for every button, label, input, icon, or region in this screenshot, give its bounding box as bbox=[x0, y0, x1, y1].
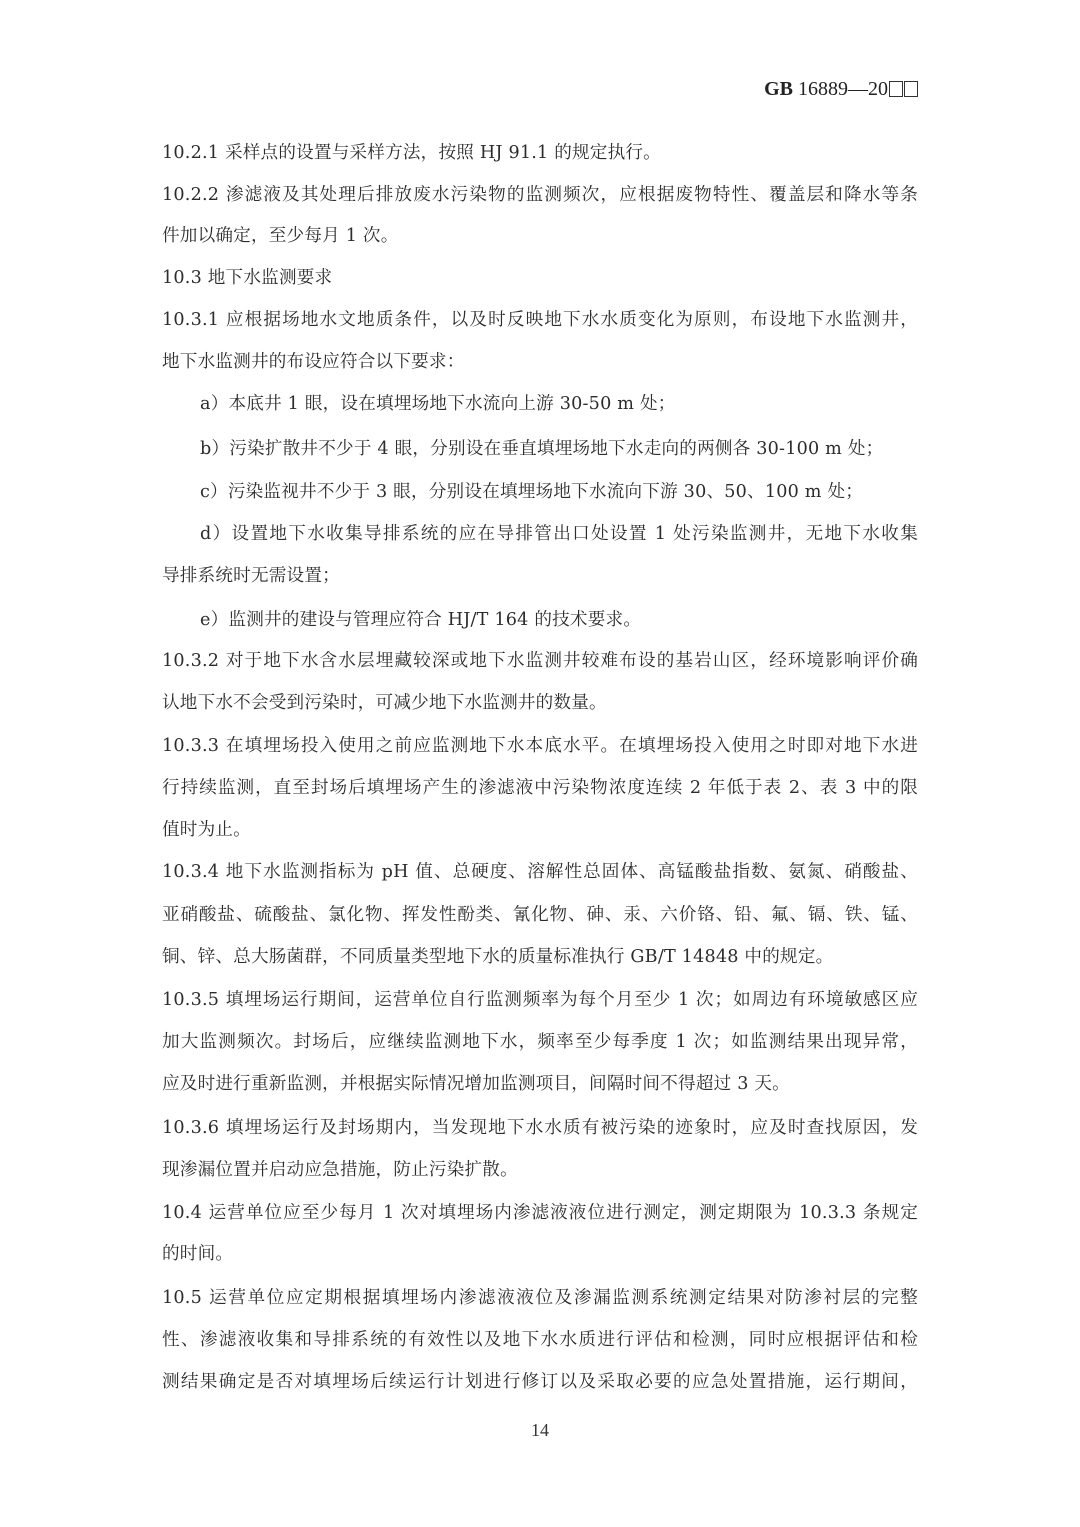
clause-10-3-4-line: 10.3.4 地下水监测指标为 pH 值、总硬度、溶解性总固体、高锰酸盐指数、氨… bbox=[162, 861, 918, 883]
clause-10-3-2-line: 10.3.2 对于地下水含水层埋藏较深或地下水监测井较难布设的基岩山区，经环境影… bbox=[162, 650, 918, 672]
list-item-b: b）污染扩散井不少于 4 眼，分别设在垂直填埋场地下水走向的两侧各 30-100… bbox=[200, 438, 918, 460]
list-item-d: d）设置地下水收集导排系统的应在导排管出口处设置 1 处污染监测井，无地下水收集 bbox=[200, 523, 918, 545]
clause-10-3-6-line: 现渗漏位置并启动应急措施，防止污染扩散。 bbox=[162, 1159, 918, 1181]
standard-number: 16889—20 bbox=[798, 78, 888, 100]
clause-10-3-2-line: 认地下水不会受到污染时，可减少地下水监测井的数量。 bbox=[162, 692, 918, 714]
clause-10-5-line: 性、渗滤液收集和导排系统的有效性以及地下水水质进行评估和检测，同时应根据评估和检 bbox=[162, 1329, 918, 1351]
clause-10-2-2-line: 10.2.2 渗滤液及其处理后排放废水污染物的监测频次，应根据废物特性、覆盖层和… bbox=[162, 184, 918, 206]
clause-10-3-3-line: 值时为止。 bbox=[162, 819, 918, 841]
list-item-e: e）监测井的建设与管理应符合 HJ/T 164 的技术要求。 bbox=[200, 609, 918, 631]
clause-10-5-line: 测结果确定是否对填埋场后续运行计划进行修订以及采取必要的应急处置措施，运行期间， bbox=[162, 1371, 918, 1393]
list-item-a: a）本底井 1 眼，设在填埋场地下水流向上游 30-50 m 处； bbox=[200, 393, 918, 415]
clause-10-3-4-line: 铜、锌、总大肠菌群，不同质量类型地下水的质量标准执行 GB/T 14848 中的… bbox=[162, 946, 918, 968]
clause-10-3-3-line: 行持续监测，直至封场后填埋场产生的渗滤液中污染物浓度连续 2 年低于表 2、表 … bbox=[162, 777, 918, 799]
clause-10-4-line: 10.4 运营单位应至少每月 1 次对填埋场内渗滤液液位进行测定，测定期限为 1… bbox=[162, 1202, 918, 1224]
clause-10-3-3-line: 10.3.3 在填埋场投入使用之前应监测地下水本底水平。在填埋场投入使用之时即对… bbox=[162, 735, 918, 757]
standard-header: GB 16889—20 bbox=[764, 78, 918, 101]
clause-10-3-6-line: 10.3.6 填埋场运行及封场期内，当发现地下水水质有被污染的迹象时，应及时查找… bbox=[162, 1117, 918, 1139]
list-item-c: c）污染监视井不少于 3 眼，分别设在填埋场地下水流向下游 30、50、100 … bbox=[200, 481, 918, 503]
clause-10-3-1-line: 地下水监测井的布设应符合以下要求： bbox=[162, 351, 918, 373]
clause-10-3-5-line: 加大监测频次。封场后，应继续监测地下水，频率至少每季度 1 次；如监测结果出现异… bbox=[162, 1031, 918, 1053]
clause-10-3-1-line: 10.3.1 应根据场地水文地质条件，以及时反映地下水水质变化为原则，布设地下水… bbox=[162, 309, 918, 331]
list-item-d: 导排系统时无需设置； bbox=[162, 565, 918, 587]
clause-10-2-2-line: 件加以确定，至少每月 1 次。 bbox=[162, 225, 918, 247]
section-10-3-heading: 10.3 地下水监测要求 bbox=[162, 267, 918, 289]
clause-10-3-5-line: 应及时进行重新监测，并根据实际情况增加监测项目，间隔时间不得超过 3 天。 bbox=[162, 1073, 918, 1095]
page-number: 14 bbox=[0, 1420, 1080, 1441]
clause-10-2-1-line: 10.2.1 采样点的设置与采样方法，按照 HJ 91.1 的规定执行。 bbox=[162, 142, 918, 164]
year-placeholder-box bbox=[904, 81, 918, 97]
clause-10-3-4-line: 亚硝酸盐、硫酸盐、氯化物、挥发性酚类、氰化物、砷、汞、六价铬、铅、氟、镉、铁、锰… bbox=[162, 904, 918, 926]
clause-10-3-5-line: 10.3.5 填埋场运行期间，运营单位自行监测频率为每个月至少 1 次；如周边有… bbox=[162, 989, 918, 1011]
year-placeholder-box bbox=[889, 81, 903, 97]
document-page: GB 16889—20 10.2.1 采样点的设置与采样方法，按照 HJ 91.… bbox=[0, 0, 1080, 1527]
clause-10-4-line: 的时间。 bbox=[162, 1243, 918, 1265]
clause-10-5-line: 10.5 运营单位应定期根据填埋场内渗滤液液位及渗漏监测系统测定结果对防渗衬层的… bbox=[162, 1287, 918, 1309]
standard-prefix: GB bbox=[764, 78, 793, 100]
